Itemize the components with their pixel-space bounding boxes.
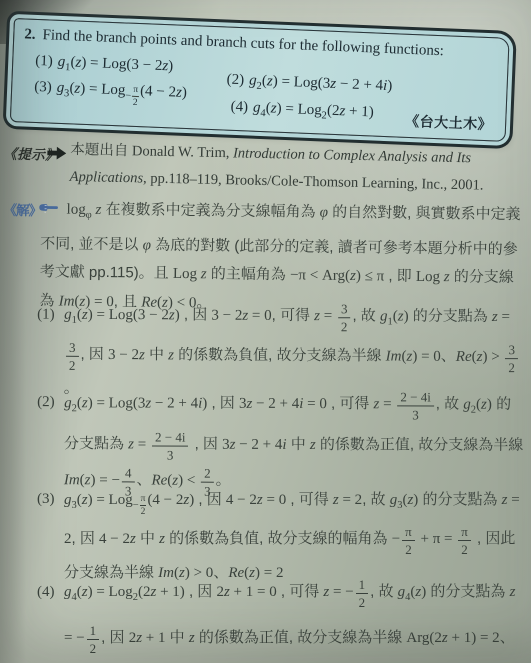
- text-run: −: [125, 91, 131, 102]
- problem-item-formula: g3(z) = Log−π2(4 − 2z): [56, 80, 187, 101]
- problem-item-3: (3)g3(z) = Log−π2(4 − 2z): [34, 79, 188, 111]
- text-run: 中: [166, 629, 189, 646]
- text-run: = −: [329, 584, 353, 600]
- text-run: 的主幅角為: [207, 265, 291, 283]
- text-run: , 可得: [272, 307, 315, 324]
- text-run: ) ≤ π: [356, 268, 385, 284]
- problem-item-2: (2)g2(z) = Log(3z − 2 + 4i): [226, 72, 392, 98]
- text-run: , 可得: [277, 583, 324, 600]
- text-run: , 因: [72, 530, 100, 547]
- text-run: + 1 = 0: [230, 584, 277, 600]
- fraction: π2: [140, 495, 147, 518]
- fraction-denominator: 2: [66, 357, 79, 372]
- text-run: 4 − 2: [99, 531, 130, 547]
- text-run: 4 − 2: [226, 492, 257, 508]
- problem-item-label: (2): [226, 72, 244, 89]
- fraction-numerator: 4: [122, 466, 135, 482]
- solution-item-text: g1(z) = Log(3 − 2z) , 因 3 − 2z = 0, 可得 z…: [64, 306, 520, 397]
- text-run: , 可得: [327, 395, 374, 412]
- text-run: 的分支點為: [409, 308, 492, 325]
- pointing-hand-icon: [38, 202, 58, 220]
- text-run: ) = Log: [80, 81, 126, 99]
- text-run: 、: [441, 348, 456, 365]
- text-run: + 1): [345, 103, 374, 120]
- text-run: − 2 + 4: [235, 437, 282, 453]
- text-run: Log: [416, 269, 444, 285]
- text-run: 的分支點為: [426, 583, 509, 600]
- text-run: + π =: [417, 531, 457, 547]
- fraction-denominator: 2: [140, 506, 147, 518]
- fraction-denominator: 2: [505, 359, 518, 374]
- text-run: g: [64, 395, 72, 411]
- text-run: g: [463, 397, 471, 413]
- text-run: − 2 + 4: [252, 396, 299, 412]
- text-run: 中: [136, 530, 159, 547]
- problem-item-label: (1): [35, 53, 53, 70]
- solution-item-4: (4) g4(z) = Log2(2z + 1) , 因 2z + 1 = 0 …: [64, 572, 524, 658]
- text-run: 的係數為負值, 故分支線為半線: [174, 346, 386, 364]
- text-run: = 0: [248, 308, 272, 324]
- fraction-numerator: 2 − 4i: [152, 431, 189, 447]
- text-run: =: [134, 436, 150, 452]
- text-run: ) = Log(3 − 2: [88, 307, 169, 323]
- text-run: Re: [456, 349, 472, 365]
- fraction: 12: [87, 624, 100, 655]
- text-run: = 0: [263, 492, 286, 508]
- fraction-denominator: 2: [87, 640, 100, 655]
- problem-item-formula: g2(z) = Log(3z − 2 + 4i): [249, 72, 393, 94]
- text-run: Log: [173, 266, 201, 282]
- text-run: 3 − 2: [108, 347, 139, 363]
- fraction-denominator: 2: [356, 594, 369, 609]
- text-run: −: [133, 500, 139, 511]
- text-run: + 1): [156, 584, 184, 600]
- fraction-numerator: π: [458, 525, 471, 541]
- text-run: z: [92, 202, 102, 218]
- text-run: 的係數為負值, 故分支線的幅角為: [165, 530, 392, 547]
- problem-item-4: (4)g4(z) = Log2(2z + 1): [230, 99, 374, 124]
- text-run: , 即: [384, 267, 416, 284]
- text-run: 的係數為正值, 故分支線為半線: [195, 629, 407, 646]
- text-run: Im: [386, 348, 402, 364]
- text-run: , 因: [190, 436, 222, 453]
- fraction: π2: [402, 525, 415, 556]
- text-run: Arg(2: [406, 630, 442, 646]
- text-run: −π < Arg(: [290, 267, 350, 284]
- book-page-photo: 2.Find the branch points and branch cuts…: [0, 0, 531, 663]
- text-run: , 故: [436, 395, 464, 412]
- text-run: (4 − 2: [147, 492, 183, 508]
- text-run: ): [387, 78, 393, 94]
- text-run: , 因: [185, 583, 217, 600]
- text-run: , 可得: [286, 491, 333, 508]
- text-run: ) = Log(3 − 2: [81, 55, 163, 74]
- text-run: z: [510, 584, 516, 600]
- text-run: ) = Log(3: [88, 395, 146, 411]
- fraction: 12: [356, 578, 369, 609]
- fraction-numerator: 3: [338, 302, 351, 318]
- fraction-denominator: 2: [402, 541, 415, 556]
- fraction-numerator: 1: [87, 624, 100, 640]
- text-run: 3: [222, 437, 230, 453]
- fraction-numerator: 2: [201, 467, 214, 483]
- text-run: , 因: [194, 491, 226, 508]
- text-run: (2: [138, 584, 151, 600]
- text-run: g: [64, 584, 72, 600]
- text-run: g: [64, 307, 72, 323]
- fraction-numerator: π: [132, 85, 139, 97]
- text-run: 中: [145, 346, 168, 363]
- text-run: = 2: [339, 492, 362, 508]
- text-run: =: [320, 308, 336, 324]
- problem-item-formula: g1(z) = Log(3 − 2z): [57, 54, 173, 75]
- problem-source-tag: 《台大土木》: [405, 111, 493, 134]
- fraction-numerator: 1: [356, 578, 369, 594]
- problem-item-1: (1)g1(z) = Log(3 − 2z): [35, 53, 174, 78]
- text-run: 在複數系中定義為分支線幅角為: [101, 201, 320, 221]
- fraction: π2: [458, 525, 471, 556]
- text-run: , 因: [101, 629, 129, 646]
- text-run: (4 − 2: [140, 83, 177, 100]
- problem-number: 2.: [24, 26, 36, 42]
- text-run: (2: [327, 103, 340, 119]
- text-run: ): [182, 85, 188, 101]
- text-run: = 0: [303, 396, 327, 412]
- solution-item-text: g2(z) = Log(3z − 2 + 4i) , 因 3z − 2 + 4i…: [64, 394, 523, 489]
- text-run: , 故: [362, 491, 390, 508]
- solution-label: 《解》: [3, 199, 41, 219]
- problem-item-formula: g4(z) = Log2(2z + 1): [253, 100, 374, 121]
- text-run: g: [64, 492, 72, 508]
- fraction-denominator: 2: [458, 541, 471, 556]
- text-run: = −: [64, 630, 85, 646]
- text-run: −: [392, 531, 400, 547]
- text-run: 2: [216, 584, 224, 600]
- solution-item-label: (4): [37, 572, 55, 612]
- text-run: − 2 + 4: [151, 396, 198, 412]
- text-run: ) = Log: [88, 584, 133, 600]
- solution-item-label: (1): [37, 298, 55, 332]
- arrow-right-icon: [47, 146, 66, 164]
- text-run: 的係數為正值, 故分支線為半線: [316, 436, 524, 454]
- solution-item-label: (2): [37, 385, 55, 420]
- fraction-numerator: π: [402, 525, 415, 541]
- problem-item-label: (3): [34, 79, 52, 96]
- hint-text: 本題出自 Donald W. Trim, Introduction to Com…: [69, 137, 525, 201]
- fraction: 32: [505, 343, 518, 374]
- fraction-denominator: 2: [132, 97, 139, 109]
- fraction-denominator: 3: [152, 447, 189, 462]
- text-run: ) >: [482, 349, 503, 365]
- text-run: , 故: [352, 307, 380, 324]
- text-run: , 因: [207, 395, 239, 412]
- text-run: =: [379, 396, 395, 412]
- fraction-denominator: 3: [397, 406, 434, 421]
- text-run: + 1: [142, 630, 165, 646]
- solution-item-text: g3(z) = Log−π2(4 − 2z) , 因 4 − 2z = 0 , …: [64, 491, 520, 581]
- text-run: Donald W. Trim,: [132, 143, 233, 161]
- solution-item-label: (3): [37, 483, 55, 516]
- text-run: 本題出自: [70, 142, 132, 159]
- hint-block: 《提示》 本題出自 Donald W. Trim, Introduction t…: [0, 135, 531, 200]
- fraction: π2: [132, 85, 140, 108]
- text-run: 的分支點為: [418, 491, 501, 508]
- text-run: ) = Log: [88, 492, 133, 508]
- text-run: 、: [500, 629, 515, 646]
- fraction-numerator: π: [140, 495, 147, 507]
- problem-box: 2.Find the branch points and branch cuts…: [10, 18, 510, 142]
- text-run: =: [498, 309, 510, 325]
- problem-prompt: Find the branch points and branch cuts f…: [42, 27, 444, 59]
- text-run: log: [66, 202, 85, 218]
- text-run: ) = 0: [412, 349, 441, 365]
- fraction: 2 − 4i3: [152, 431, 189, 462]
- text-run: , pp.118–119, Brooks/Cole-Thomson Learni…: [143, 170, 484, 193]
- text-run: ): [168, 58, 174, 74]
- text-run: φ: [143, 237, 152, 253]
- text-run: 中: [287, 436, 310, 453]
- fraction-numerator: 3: [505, 343, 518, 359]
- text-run: ) = Log: [276, 101, 322, 119]
- fraction-denominator: 2: [338, 318, 351, 333]
- text-run: ) = Log(3: [272, 73, 330, 91]
- solution-item-text: g4(z) = Log2(2z + 1) , 因 2z + 1 = 0 , 可得…: [64, 583, 515, 646]
- fraction: 32: [66, 341, 79, 372]
- text-run: , 故: [370, 583, 398, 600]
- fraction: 2 − 4i3: [397, 390, 434, 421]
- text-run: 3 − 2: [211, 308, 242, 324]
- text-run: − 2 + 4: [336, 76, 384, 94]
- fraction: 32: [338, 302, 351, 333]
- problem-item-label: (4): [230, 99, 248, 116]
- text-run: , 因: [80, 346, 108, 363]
- fraction-numerator: 3: [66, 341, 79, 357]
- text-run: , 因: [180, 306, 212, 323]
- text-run: + 1) = 2: [448, 630, 500, 646]
- fraction-numerator: 2 − 4i: [397, 390, 434, 406]
